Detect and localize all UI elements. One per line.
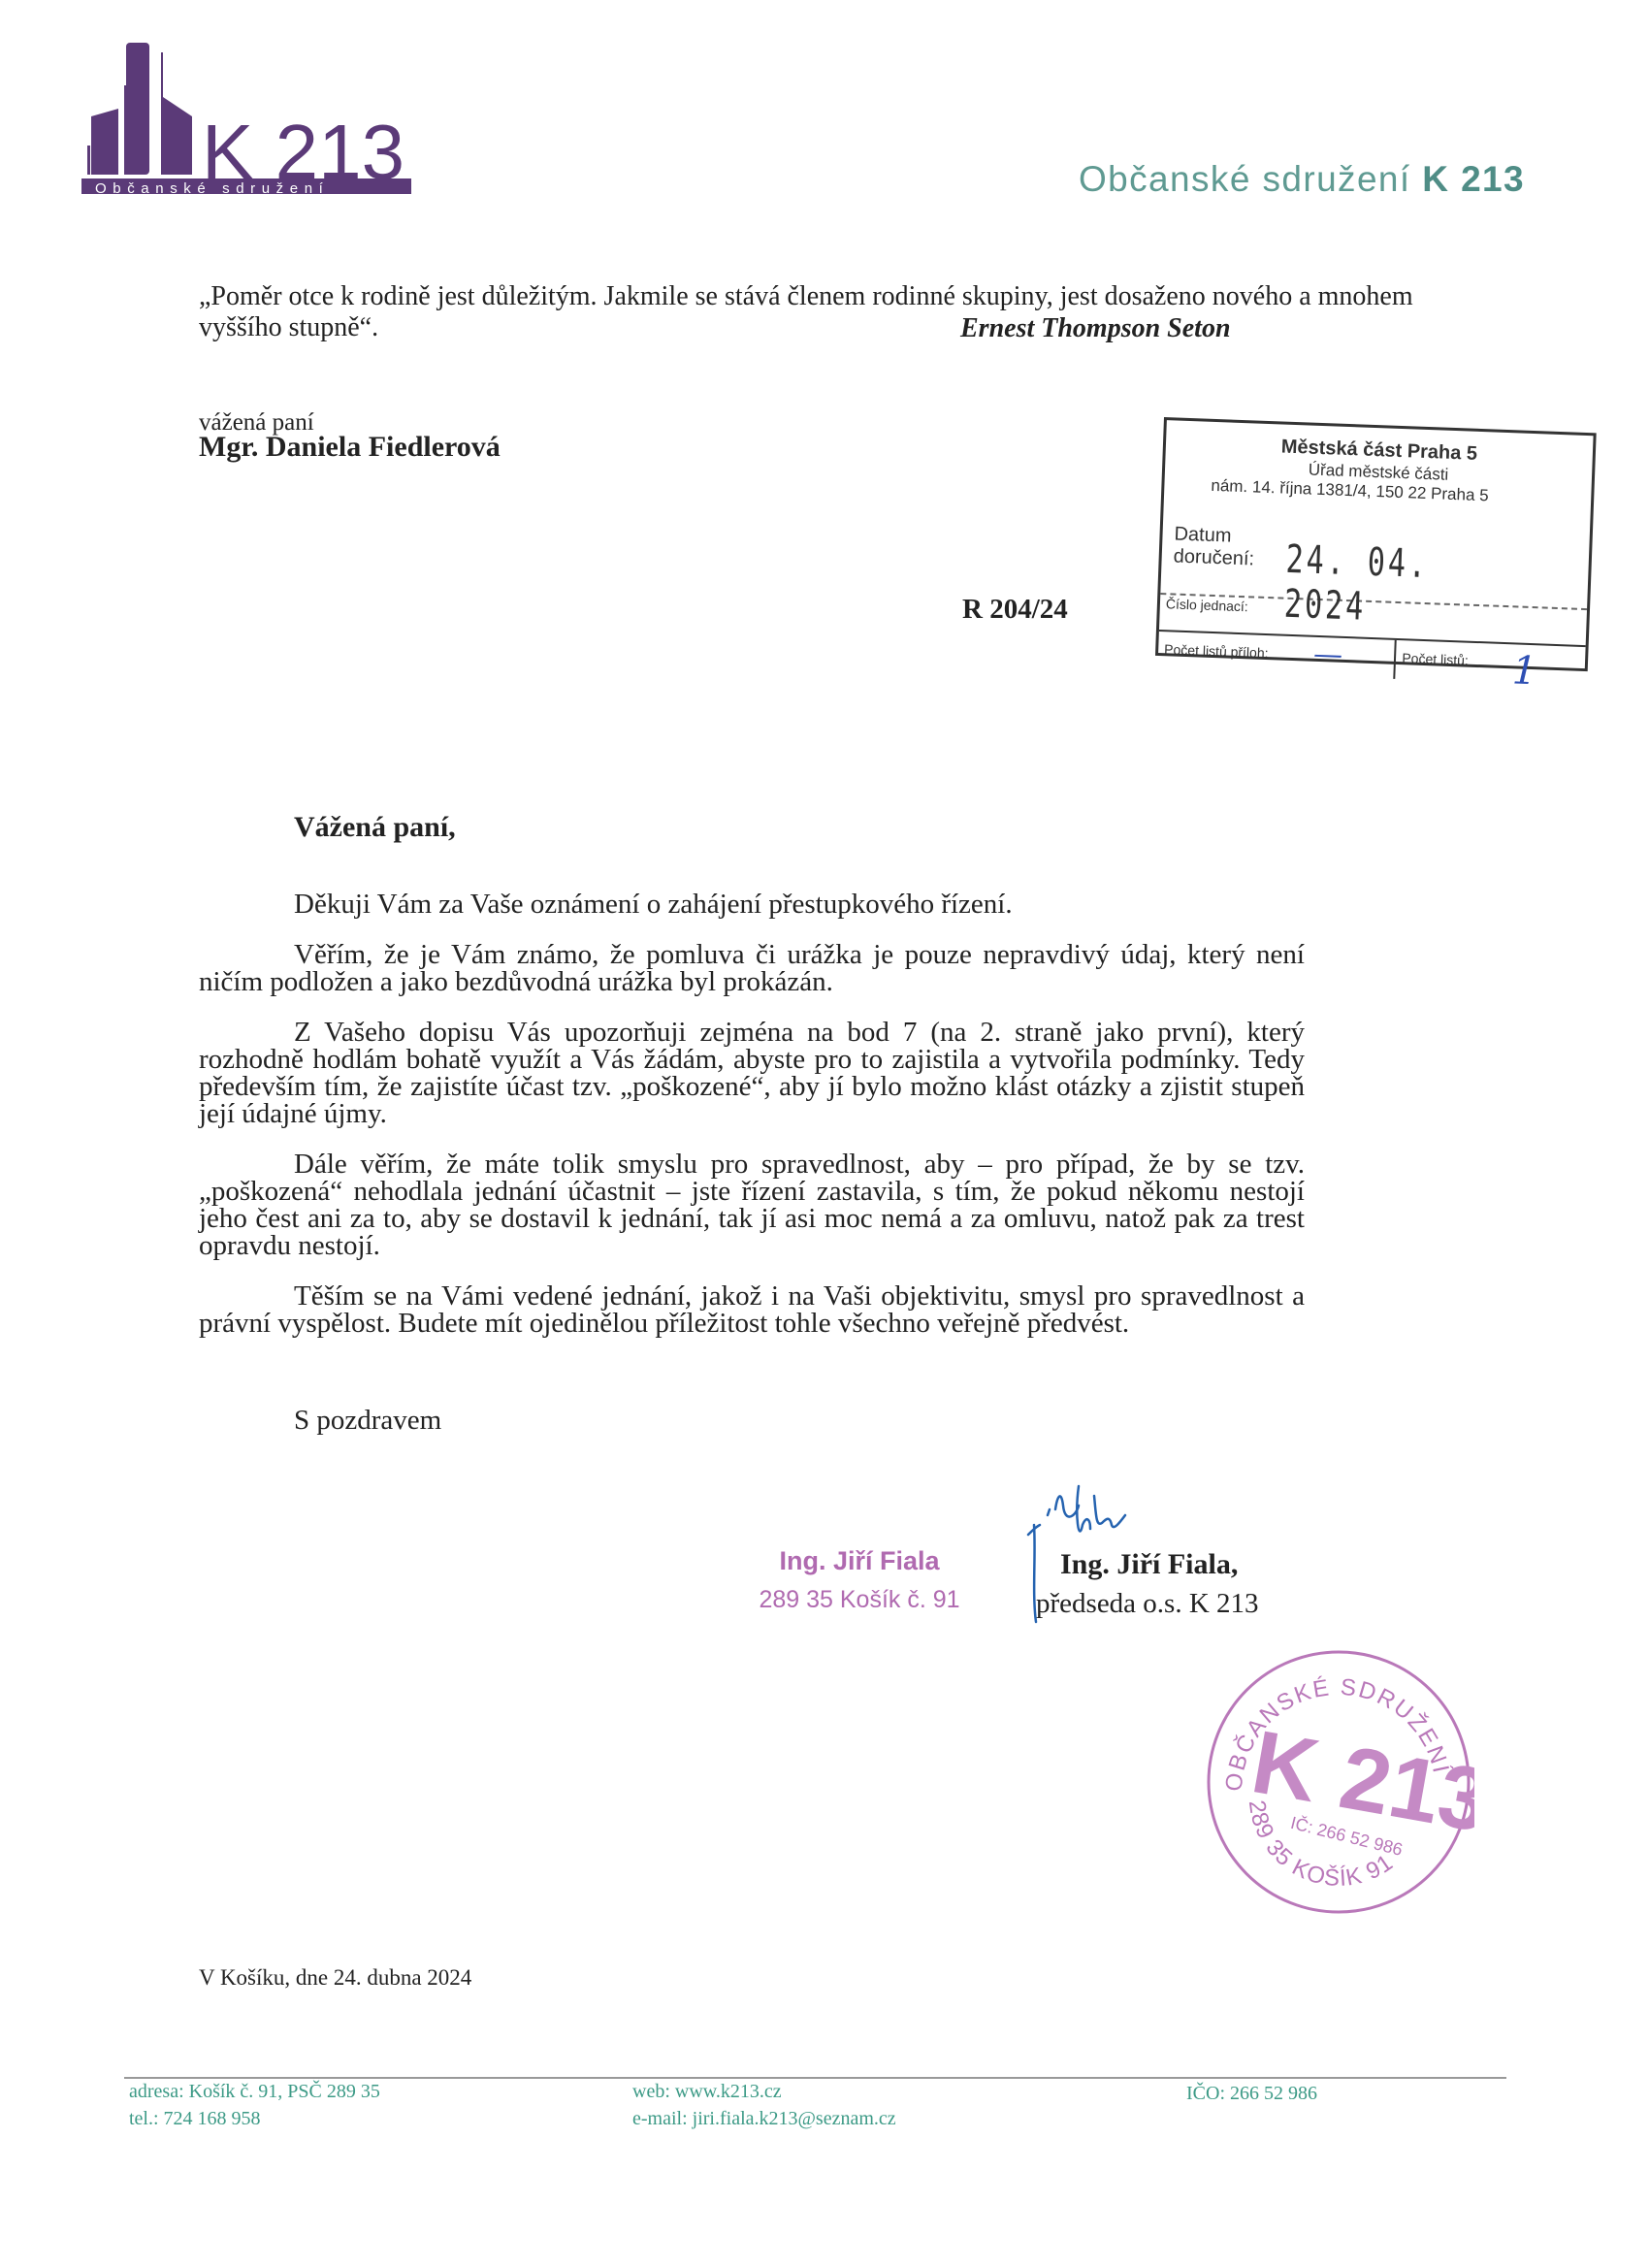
registry-sheets: Počet listů: 1 bbox=[1394, 640, 1586, 686]
city-skyline-icon: K 213 Občanské sdružení bbox=[81, 19, 431, 194]
letter-paragraph: Věřím, že je Vám známo, že pomluva či ur… bbox=[199, 941, 1305, 995]
registry-sheets-value: 1 bbox=[1511, 648, 1537, 694]
footer-address: adresa: Košík č. 91, PSČ 289 35 bbox=[129, 2078, 380, 2105]
footer-contact-web: web: www.k213.cz e-mail: jiri.fiala.k213… bbox=[632, 2078, 896, 2132]
footer-contact-address: adresa: Košík č. 91, PSČ 289 35 tel.: 72… bbox=[129, 2078, 380, 2132]
name-stamp-name: Ing. Jiří Fiala bbox=[753, 1546, 966, 1576]
epigraph-quote: „Poměr otce k rodině jest důležitým. Jak… bbox=[199, 281, 1450, 343]
org-name: Občanské sdružení bbox=[1079, 159, 1411, 199]
letter-paragraph: Těším se na Vámi vedené jednání, jakož i… bbox=[199, 1282, 1305, 1337]
organization-logo: K 213 Občanské sdružení bbox=[81, 19, 431, 194]
footer-web-link[interactable]: web: www.k213.cz bbox=[632, 2078, 896, 2105]
registry-stamp: Městská část Praha 5 Úřad městské části … bbox=[1155, 417, 1597, 671]
name-stamp-address: 289 35 Košík č. 91 bbox=[753, 1586, 966, 1614]
registry-date-label: Datum doručení: bbox=[1173, 523, 1272, 571]
org-code: K 213 bbox=[1422, 159, 1525, 199]
letter-body: Děkuji Vám za Vaše oznámení o zahájení p… bbox=[199, 891, 1305, 1360]
registry-ref-label: Číslo jednací: bbox=[1166, 597, 1248, 614]
registry-attachments: Počet listů příloh: — bbox=[1157, 632, 1395, 679]
seal-icon: OBČANSKÉ SDRUŽENÍ K 213 IČ: 266 52 986 2… bbox=[1203, 1646, 1474, 1918]
footer-ico: IČO: 266 52 986 bbox=[1186, 2080, 1317, 2107]
reference-number: R 204/24 bbox=[962, 594, 1068, 626]
letter-greeting: Vážená paní, bbox=[294, 811, 456, 844]
registry-attachments-label: Počet listů příloh: bbox=[1164, 641, 1269, 661]
recipient-name: Mgr. Daniela Fiedlerová bbox=[199, 431, 501, 464]
name-stamp: Ing. Jiří Fiala 289 35 Košík č. 91 bbox=[753, 1546, 966, 1614]
letter-closing: S pozdravem bbox=[294, 1405, 441, 1437]
organization-round-stamp: OBČANSKÉ SDRUŽENÍ K 213 IČ: 266 52 986 2… bbox=[1203, 1646, 1474, 1918]
footer-email-link[interactable]: e-mail: jiri.fiala.k213@seznam.cz bbox=[632, 2105, 896, 2132]
quote-author: Ernest Thompson Seton bbox=[960, 313, 1231, 344]
signer-role: předseda o.s. K 213 bbox=[1036, 1588, 1259, 1620]
registry-sheets-label: Počet listů: bbox=[1402, 650, 1469, 667]
registry-attachments-value: — bbox=[1313, 637, 1343, 672]
place-and-date: V Košíku, dne 24. dubna 2024 bbox=[199, 1965, 471, 1991]
organization-header: Občanské sdružení K 213 bbox=[1079, 159, 1525, 200]
letter-paragraph: Dále věřím, že máte tolik smyslu pro spr… bbox=[199, 1150, 1305, 1259]
letter-paragraph: Děkuji Vám za Vaše oznámení o zahájení p… bbox=[199, 891, 1305, 918]
signer-name: Ing. Jiří Fiala, bbox=[1060, 1548, 1238, 1581]
footer-phone: tel.: 724 168 958 bbox=[129, 2105, 380, 2132]
svg-text:Občanské sdružení: Občanské sdružení bbox=[95, 180, 329, 194]
letter-paragraph: Z Vašeho dopisu Vás upozorňuji zejména n… bbox=[199, 1019, 1305, 1127]
